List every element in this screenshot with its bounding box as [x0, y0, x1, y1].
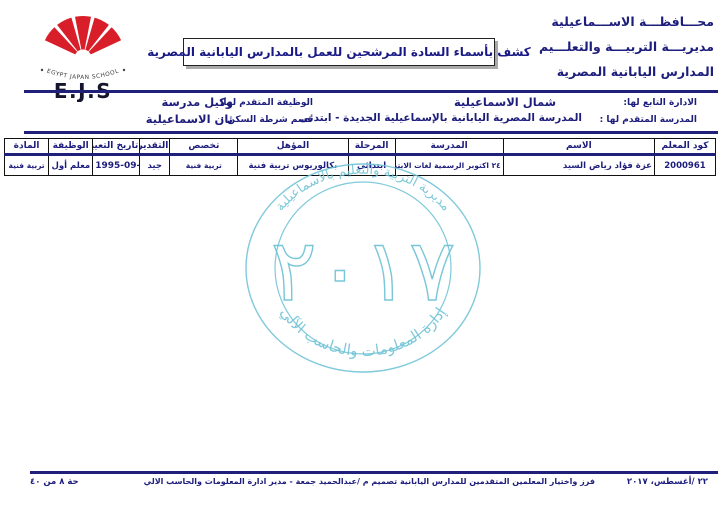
stamp-year-text: ٢٠١٧ [271, 221, 456, 321]
position-label: الوظيفة المتقدم لها: [220, 98, 313, 108]
document-title: كشف بأسماء السادة المرشحين للعمل بالمدار… [147, 45, 531, 59]
col-header-subject: المادة [5, 139, 49, 155]
col-header-qualification: المؤهل [238, 139, 348, 155]
stamp-inner-ring [275, 182, 451, 354]
col-header-school: المدرسة [395, 139, 503, 155]
col-header-stage: المرحلة [348, 139, 395, 155]
org-line-directorate: مديريـــة التربيـــة والتعلـــيم [539, 34, 714, 59]
dept-label: الادارة التابع لها: [623, 98, 697, 108]
official-round-stamp: مديرية التربية والتعليم بالاسماعيلية إدا… [230, 148, 500, 393]
col-header-teacher-code: كود المعلم [654, 139, 715, 155]
school-value: المدرسة المصرية اليابانية بالإسماعيلية ا… [318, 112, 582, 124]
col-header-job: الوظيفة [49, 139, 93, 155]
arc-dot-left [41, 69, 43, 71]
stamp-outer-ring [246, 164, 480, 372]
footer-description: فرز واختيار المعلمين المتقدمين للمدارس ا… [235, 477, 595, 486]
header-divider-top [24, 90, 718, 93]
col-header-specialty: تخصص [170, 139, 238, 155]
candidates-table: كود المعلم الاسم المدرسة المرحلة المؤهل … [4, 138, 716, 176]
arc-dot-right [123, 69, 125, 71]
cell-qualification: بكالوريوس تربية فنية [238, 155, 348, 176]
footer-divider [30, 471, 718, 474]
cell-school: ٢٤ اكتوبر الرسمية لغات الابتدائية [395, 155, 503, 176]
cell-hire-date: 1995-09-01 [93, 155, 140, 176]
scanned-document-page: EGYPT JAPAN SCHOOL E.J.S كشف بأسماء السا… [0, 0, 720, 508]
document-title-box: كشف بأسماء السادة المرشحين للعمل بالمدار… [183, 38, 495, 66]
table-header-row: كود المعلم الاسم المدرسة المرحلة المؤهل … [5, 139, 716, 155]
police-value: ثان الاسماعيلية [146, 112, 233, 126]
footer-date: ٢٢ /أغسطس، ٢٠١٧ [592, 477, 708, 487]
stamp-bottom-text: إدارة المعلومات والحاسب الآلي [276, 304, 450, 360]
cell-subject: تربية فنية [5, 155, 49, 176]
position-value: وكيل مدرسة [162, 95, 233, 109]
dept-value: شمال الاسماعيلية [390, 95, 620, 109]
col-header-grade: التقدير [140, 139, 170, 155]
header-divider-bottom [24, 131, 718, 134]
org-line-schools: المدارس اليابانية المصرية [539, 59, 714, 84]
footer-page-number: حة ٨ من ٤٠ [30, 477, 79, 487]
cell-name: عزة فؤاد رياض السيد [503, 155, 654, 176]
table-row: 2000961 عزة فؤاد رياض السيد ٢٤ اكتوبر ال… [5, 155, 716, 176]
col-header-hire-date: تاريخ التعيين [93, 139, 140, 155]
cell-grade: جيد [140, 155, 170, 176]
fan-pivot [75, 50, 92, 67]
cell-stage: ابتدائى [348, 155, 395, 176]
school-label: المدرسة المتقدم لها : [600, 115, 697, 125]
cell-specialty: تربية فنية [170, 155, 238, 176]
org-line-governorate: محـــافظـــة الاســـماعيلية [539, 9, 714, 34]
org-header-block: محـــافظـــة الاســـماعيلية مديريـــة ال… [539, 9, 714, 84]
ejs-school-logo: EGYPT JAPAN SCHOOL E.J.S [28, 6, 140, 102]
cell-teacher-code: 2000961 [654, 155, 715, 176]
col-header-name: الاسم [503, 139, 654, 155]
cell-job: معلم أول أ [49, 155, 93, 176]
police-label: قسم شرطة السكن : [221, 115, 313, 125]
